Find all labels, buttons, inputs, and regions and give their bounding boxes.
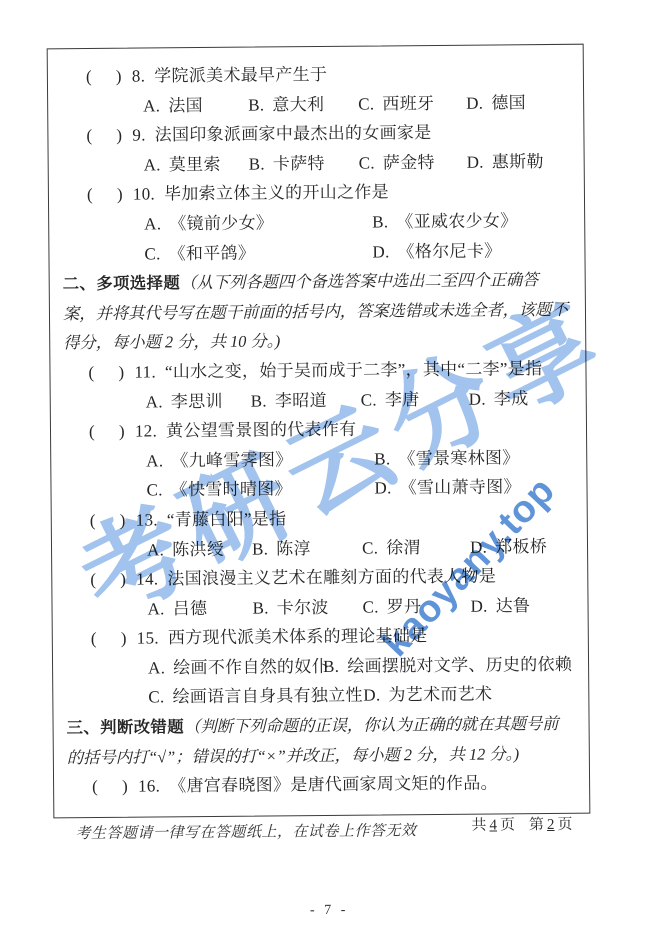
- option: D.惠斯勒: [467, 147, 544, 177]
- pages-total-unit: 页: [500, 817, 515, 833]
- option: C.李唐: [361, 384, 469, 415]
- question-text: 《唐宫春晓图》是唐代画家周文矩的作品。: [169, 774, 498, 796]
- option: D.德国: [466, 88, 526, 118]
- option: D.李成: [469, 384, 529, 414]
- question-number: 8.: [132, 67, 146, 86]
- option: C.罗丹: [362, 591, 470, 622]
- question-text: 西方现代派美术体系的理论基础是: [168, 626, 428, 647]
- question-number: 10.: [133, 185, 155, 204]
- pages-total-label: 共: [471, 818, 486, 834]
- question-8: ()8.学院派美术最早产生于: [86, 58, 577, 92]
- answer-parentheses: (): [90, 570, 126, 589]
- answer-parentheses: (): [87, 185, 123, 204]
- question-9-options: A.莫里索 B.卡萨特 C.萨金特 D.惠斯勒: [144, 147, 578, 180]
- question-14-options: A.吕德 B.卡尔波 C.罗丹 D.达鲁: [147, 590, 581, 623]
- question-text: 学院派美术最早产生于: [154, 65, 327, 86]
- question-13-options: A.陈洪绶 B.陈淳 C.徐渭 D.郑板桥: [147, 531, 581, 564]
- option: B.《亚威农少女》: [372, 206, 518, 237]
- question-14: ()14.法国浪漫主义艺术在雕刻方面的代表人物是: [90, 561, 581, 595]
- option: C.萨金特: [359, 147, 467, 178]
- exam-page-scan: ()8.学院派美术最早产生于 A.法国 B.意大利 C.西班牙 D.德国 ()9…: [0, 0, 650, 943]
- page-current-unit: 页: [557, 817, 572, 833]
- question-8-options: A.法国 B.意大利 C.西班牙 D.德国: [143, 87, 577, 120]
- pagination: 共4页第2页: [471, 813, 572, 835]
- option: D.为艺术而艺术: [363, 680, 492, 711]
- question-number: 15.: [137, 629, 159, 648]
- question-text: 毕加索立体主义的开山之作是: [164, 183, 389, 204]
- option: B.卡萨特: [249, 148, 359, 179]
- exam-content: ()8.学院派美术最早产生于 A.法国 B.意大利 C.西班牙 D.德国 ()9…: [48, 58, 583, 802]
- question-9: ()9.法国印象派画家中最杰出的女画家是: [86, 117, 577, 151]
- question-12-options-row-2: C.《快雪时晴图》 D.《雪山萧寺图》: [146, 472, 580, 505]
- section-title: 二、多项选择题: [63, 273, 181, 293]
- pages-total: 4: [486, 817, 500, 833]
- question-text: 法国浪漫主义艺术在雕刻方面的代表人物是: [167, 567, 496, 589]
- question-15-options-row-1: A.绘画不作自然的奴仆 B.绘画摆脱对文学、历史的依赖: [148, 650, 582, 683]
- option: D.《格尔尼卡》: [372, 236, 501, 267]
- answer-parentheses: (): [90, 511, 126, 530]
- question-text: 法国印象派画家中最杰出的女画家是: [155, 123, 432, 144]
- option: B.《雪景寒林图》: [374, 443, 520, 474]
- option: B.卡尔波: [252, 592, 362, 623]
- answer-parentheses: (): [86, 126, 122, 145]
- question-number: 9.: [132, 126, 146, 145]
- section-multiple-choice-heading: 二、多项选择题（从下列各题四个备选答案中选出二至四个正确答案，并将其代号写在题干…: [63, 265, 572, 358]
- option: A.陈洪绶: [147, 534, 252, 565]
- question-number: 12.: [135, 422, 157, 441]
- option: C.绘画语言自身具有独立性: [148, 681, 363, 712]
- question-text: “青藤白阳”是指: [167, 509, 287, 529]
- section-true-false-heading: 三、判断改错题（判断下列命题的正误，你认为正确的就在其题号前的括号内打“√”；错…: [66, 709, 574, 773]
- question-13: ()13.“青藤白阳”是指: [90, 502, 581, 536]
- section-title: 三、判断改错题: [67, 717, 185, 737]
- question-11-options: A.李思训 B.李昭道 C.李唐 D.李成: [146, 383, 580, 416]
- question-11: ()11.“山水之变，始于吴而成于二李”，其中“二李”是指: [88, 354, 579, 388]
- answer-parentheses: (): [91, 629, 127, 648]
- option: B.意大利: [248, 89, 358, 120]
- content-frame: ()8.学院派美术最早产生于 A.法国 B.意大利 C.西班牙 D.德国 ()9…: [47, 44, 591, 819]
- question-text: “山水之变，始于吴而成于二李”，其中“二李”是指: [165, 359, 543, 381]
- option: A.绘画不作自然的奴仆: [148, 652, 323, 683]
- page-current-label: 第: [529, 817, 544, 833]
- option: A.法国: [143, 90, 248, 121]
- option: C.《和平鸽》: [144, 237, 372, 269]
- question-text: 黄公望雪景图的代表作有: [166, 420, 356, 441]
- answer-parentheses: (): [89, 422, 125, 441]
- option: A.莫里索: [144, 149, 249, 180]
- question-12-options-row-1: A.《九峰雪霁图》 B.《雪景寒林图》: [146, 442, 580, 475]
- question-15: ()15.西方现代派美术体系的理论基础是: [91, 620, 582, 654]
- option: D.达鲁: [470, 591, 530, 621]
- option: A.《镜前少女》: [144, 208, 372, 240]
- question-10-options-row-1: A.《镜前少女》 B.《亚威农少女》: [144, 206, 578, 239]
- option: D.《雪山萧寺图》: [374, 473, 521, 504]
- page-current: 2: [544, 817, 558, 833]
- question-15-options-row-2: C.绘画语言自身具有独立性 D.为艺术而艺术: [148, 679, 582, 712]
- question-number: 14.: [136, 570, 158, 589]
- answer-parentheses: (): [88, 363, 124, 382]
- question-number: 13.: [136, 510, 158, 529]
- question-16: ()16.《唐宫春晓图》是唐代画家周文矩的作品。: [92, 768, 583, 802]
- option: C.西班牙: [358, 88, 466, 119]
- option: A.吕德: [147, 593, 252, 624]
- option: B.李昭道: [251, 385, 361, 416]
- option: C.《快雪时晴图》: [146, 474, 374, 506]
- option: B.陈淳: [252, 533, 362, 564]
- answer-parentheses: (): [86, 67, 122, 86]
- question-10: ()10.毕加索立体主义的开山之作是: [87, 176, 578, 210]
- option: C.徐渭: [362, 532, 470, 563]
- option: B.绘画摆脱对文学、历史的依赖: [323, 650, 572, 682]
- option: D.郑板桥: [470, 532, 547, 562]
- answer-parentheses: (): [92, 777, 128, 796]
- option: A.《九峰雪霁图》: [146, 444, 374, 476]
- question-10-options-row-2: C.《和平鸽》 D.《格尔尼卡》: [144, 235, 578, 268]
- option: A.李思训: [146, 386, 251, 417]
- question-12: ()12.黄公望雪景图的代表作有: [89, 413, 580, 447]
- question-number: 11.: [134, 362, 156, 381]
- page-number: - 7 -: [4, 900, 650, 922]
- question-number: 16.: [138, 777, 160, 796]
- footer-note: 考生答题请一律写在答题纸上，在试卷上作答无效: [75, 819, 416, 843]
